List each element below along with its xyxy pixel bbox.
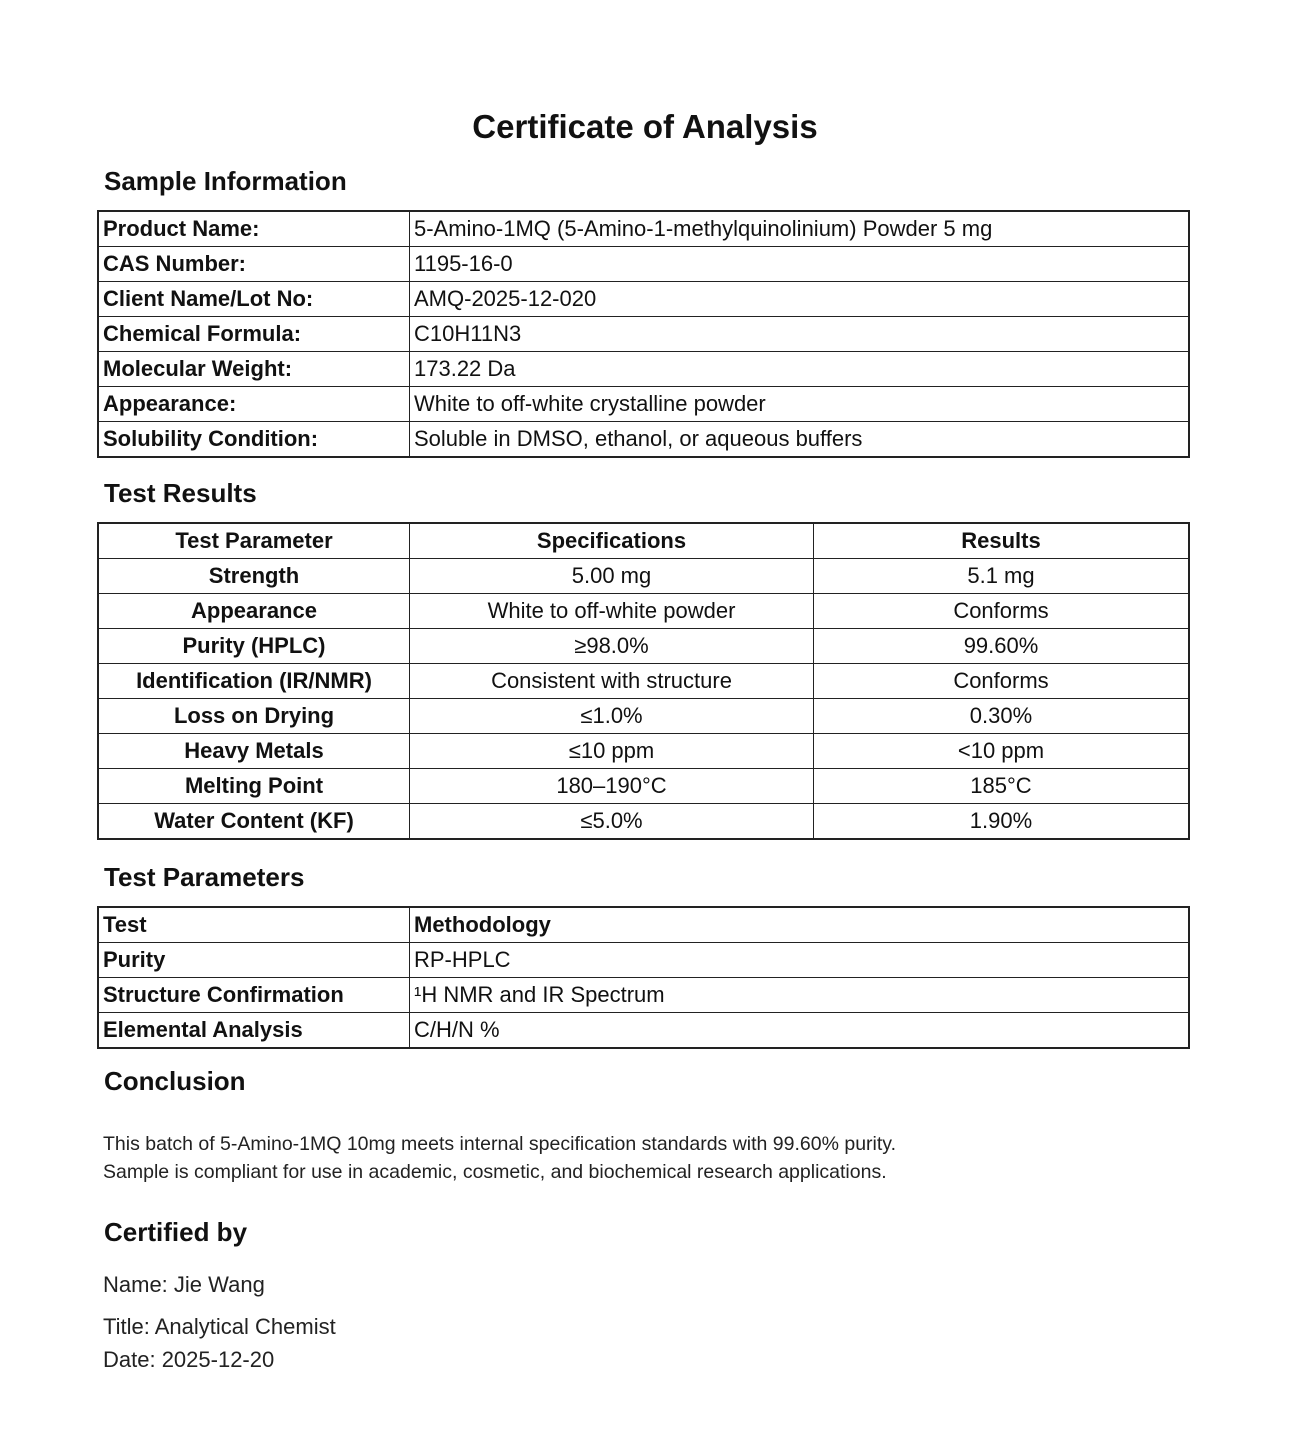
specification-cell: Consistent with structure — [410, 664, 814, 699]
specification-cell: ≤10 ppm — [410, 734, 814, 769]
test-parameter-cell: Heavy Metals — [98, 734, 410, 769]
field-value: 5-Amino-1MQ (5-Amino-1-methylquinolinium… — [410, 211, 1190, 247]
table-row: Elemental AnalysisC/H/N % — [98, 1013, 1189, 1049]
certification-date: Date: 2025-12-20 — [103, 1347, 274, 1373]
test-parameters-heading: Test Parameters — [104, 862, 304, 893]
test-parameter-cell: Identification (IR/NMR) — [98, 664, 410, 699]
result-cell: 5.1 mg — [814, 559, 1190, 594]
sample-information-heading: Sample Information — [104, 166, 347, 197]
specification-cell: 5.00 mg — [410, 559, 814, 594]
field-label: Product Name: — [98, 211, 410, 247]
conclusion-line: Sample is compliant for use in academic,… — [103, 1158, 896, 1186]
sample-information-table: Product Name:5-Amino-1MQ (5-Amino-1-meth… — [97, 210, 1190, 458]
test-parameter-cell: Appearance — [98, 594, 410, 629]
field-label: Molecular Weight: — [98, 352, 410, 387]
table-row: Melting Point180–190°C185°C — [98, 769, 1189, 804]
methodology-cell: RP-HPLC — [410, 943, 1190, 978]
column-header: Results — [814, 523, 1190, 559]
field-value: White to off-white crystalline powder — [410, 387, 1190, 422]
result-cell: 185°C — [814, 769, 1190, 804]
conclusion-line: This batch of 5-Amino-1MQ 10mg meets int… — [103, 1130, 896, 1158]
table-row: Product Name:5-Amino-1MQ (5-Amino-1-meth… — [98, 211, 1189, 247]
result-cell: Conforms — [814, 594, 1190, 629]
table-row: Solubility Condition:Soluble in DMSO, et… — [98, 422, 1189, 458]
test-name-cell: Purity — [98, 943, 410, 978]
specification-cell: ≤1.0% — [410, 699, 814, 734]
table-row: Strength5.00 mg5.1 mg — [98, 559, 1189, 594]
test-name-cell: Structure Confirmation — [98, 978, 410, 1013]
table-row: Identification (IR/NMR)Consistent with s… — [98, 664, 1189, 699]
table-row: AppearanceWhite to off-white powderConfo… — [98, 594, 1189, 629]
table-row: PurityRP-HPLC — [98, 943, 1189, 978]
table-row: Structure Confirmation¹H NMR and IR Spec… — [98, 978, 1189, 1013]
specification-cell: ≤5.0% — [410, 804, 814, 840]
result-cell: 1.90% — [814, 804, 1190, 840]
test-parameter-cell: Melting Point — [98, 769, 410, 804]
specification-cell: White to off-white powder — [410, 594, 814, 629]
column-header: Specifications — [410, 523, 814, 559]
test-parameter-cell: Loss on Drying — [98, 699, 410, 734]
test-parameter-cell: Purity (HPLC) — [98, 629, 410, 664]
test-results-heading: Test Results — [104, 478, 257, 509]
table-row: Loss on Drying≤1.0%0.30% — [98, 699, 1189, 734]
certified-by-heading: Certified by — [104, 1217, 247, 1248]
conclusion-heading: Conclusion — [104, 1066, 246, 1097]
field-value: C10H11N3 — [410, 317, 1190, 352]
column-header: Methodology — [410, 907, 1190, 943]
table-row: Heavy Metals≤10 ppm<10 ppm — [98, 734, 1189, 769]
result-cell: 99.60% — [814, 629, 1190, 664]
table-row: Chemical Formula:C10H11N3 — [98, 317, 1189, 352]
table-row: Purity (HPLC)≥98.0%99.60% — [98, 629, 1189, 664]
result-cell: Conforms — [814, 664, 1190, 699]
page-title: Certificate of Analysis — [0, 108, 1290, 146]
table-row: Water Content (KF)≤5.0%1.90% — [98, 804, 1189, 840]
test-parameters-table: Test Methodology PurityRP-HPLCStructure … — [97, 906, 1190, 1049]
result-cell: 0.30% — [814, 699, 1190, 734]
test-name-cell: Elemental Analysis — [98, 1013, 410, 1049]
table-row: Appearance:White to off-white crystallin… — [98, 387, 1189, 422]
test-results-header-row: Test Parameter Specifications Results — [98, 523, 1189, 559]
specification-cell: 180–190°C — [410, 769, 814, 804]
result-cell: <10 ppm — [814, 734, 1190, 769]
test-parameter-cell: Strength — [98, 559, 410, 594]
test-results-table: Test Parameter Specifications Results St… — [97, 522, 1190, 840]
field-label: CAS Number: — [98, 247, 410, 282]
table-row: CAS Number:1195-16-0 — [98, 247, 1189, 282]
field-value: 173.22 Da — [410, 352, 1190, 387]
conclusion-text: This batch of 5-Amino-1MQ 10mg meets int… — [103, 1130, 896, 1186]
column-header: Test — [98, 907, 410, 943]
field-value: AMQ-2025-12-020 — [410, 282, 1190, 317]
certifier-name: Name: Jie Wang — [103, 1272, 265, 1298]
methodology-cell: ¹H NMR and IR Spectrum — [410, 978, 1190, 1013]
field-label: Solubility Condition: — [98, 422, 410, 458]
field-value: Soluble in DMSO, ethanol, or aqueous buf… — [410, 422, 1190, 458]
test-parameter-cell: Water Content (KF) — [98, 804, 410, 840]
specification-cell: ≥98.0% — [410, 629, 814, 664]
methodology-cell: C/H/N % — [410, 1013, 1190, 1049]
certifier-title: Title: Analytical Chemist — [103, 1314, 336, 1340]
table-row: Molecular Weight:173.22 Da — [98, 352, 1189, 387]
column-header: Test Parameter — [98, 523, 410, 559]
field-label: Client Name/Lot No: — [98, 282, 410, 317]
table-row: Client Name/Lot No:AMQ-2025-12-020 — [98, 282, 1189, 317]
test-parameters-header-row: Test Methodology — [98, 907, 1189, 943]
field-label: Appearance: — [98, 387, 410, 422]
field-value: 1195-16-0 — [410, 247, 1190, 282]
field-label: Chemical Formula: — [98, 317, 410, 352]
